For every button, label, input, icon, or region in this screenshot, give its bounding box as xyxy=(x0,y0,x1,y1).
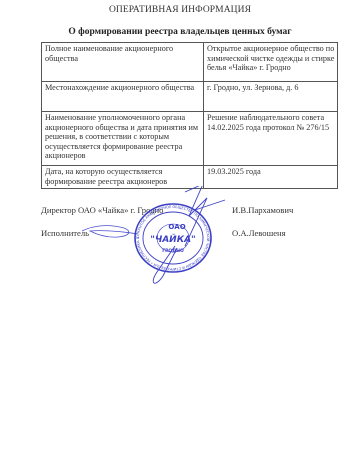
row-label: Местонахождение акционерного общества xyxy=(42,82,204,112)
row-label: Полное наименование акционерного обществ… xyxy=(42,43,204,82)
table-row: Местонахождение акционерного общества г.… xyxy=(42,82,338,112)
director-name: И.В.Пархамович xyxy=(232,205,293,215)
official-stamp-icon: ОАО "ЧАЙКА" ГРОДНО ОТКРЫТОЕ АКЦИОНЕРНОЕ … xyxy=(115,186,235,286)
stamp-main: "ЧАЙКА" xyxy=(150,233,195,245)
stamp-bottom: ГРОДНО xyxy=(162,248,184,254)
table-row: Полное наименование акционерного обществ… xyxy=(42,43,338,82)
executor-name: О.А.Левошеня xyxy=(232,228,286,238)
row-value: Решение наблюдательного совета 14.02.202… xyxy=(204,112,338,166)
row-value: г. Гродно, ул. Зернова, д. 6 xyxy=(204,82,338,112)
table-row: Наименование уполномоченного органа акци… xyxy=(42,112,338,166)
document-subtitle: О формировании реестра владельцев ценных… xyxy=(0,27,360,37)
row-value: Открытое акционерное общество по химичес… xyxy=(204,43,338,82)
info-table: Полное наименование акционерного обществ… xyxy=(41,42,338,189)
document-title: ОПЕРАТИВНАЯ ИНФОРМАЦИЯ xyxy=(0,5,360,15)
row-label: Наименование уполномоченного органа акци… xyxy=(42,112,204,166)
stamp-top: ОАО xyxy=(168,223,185,231)
